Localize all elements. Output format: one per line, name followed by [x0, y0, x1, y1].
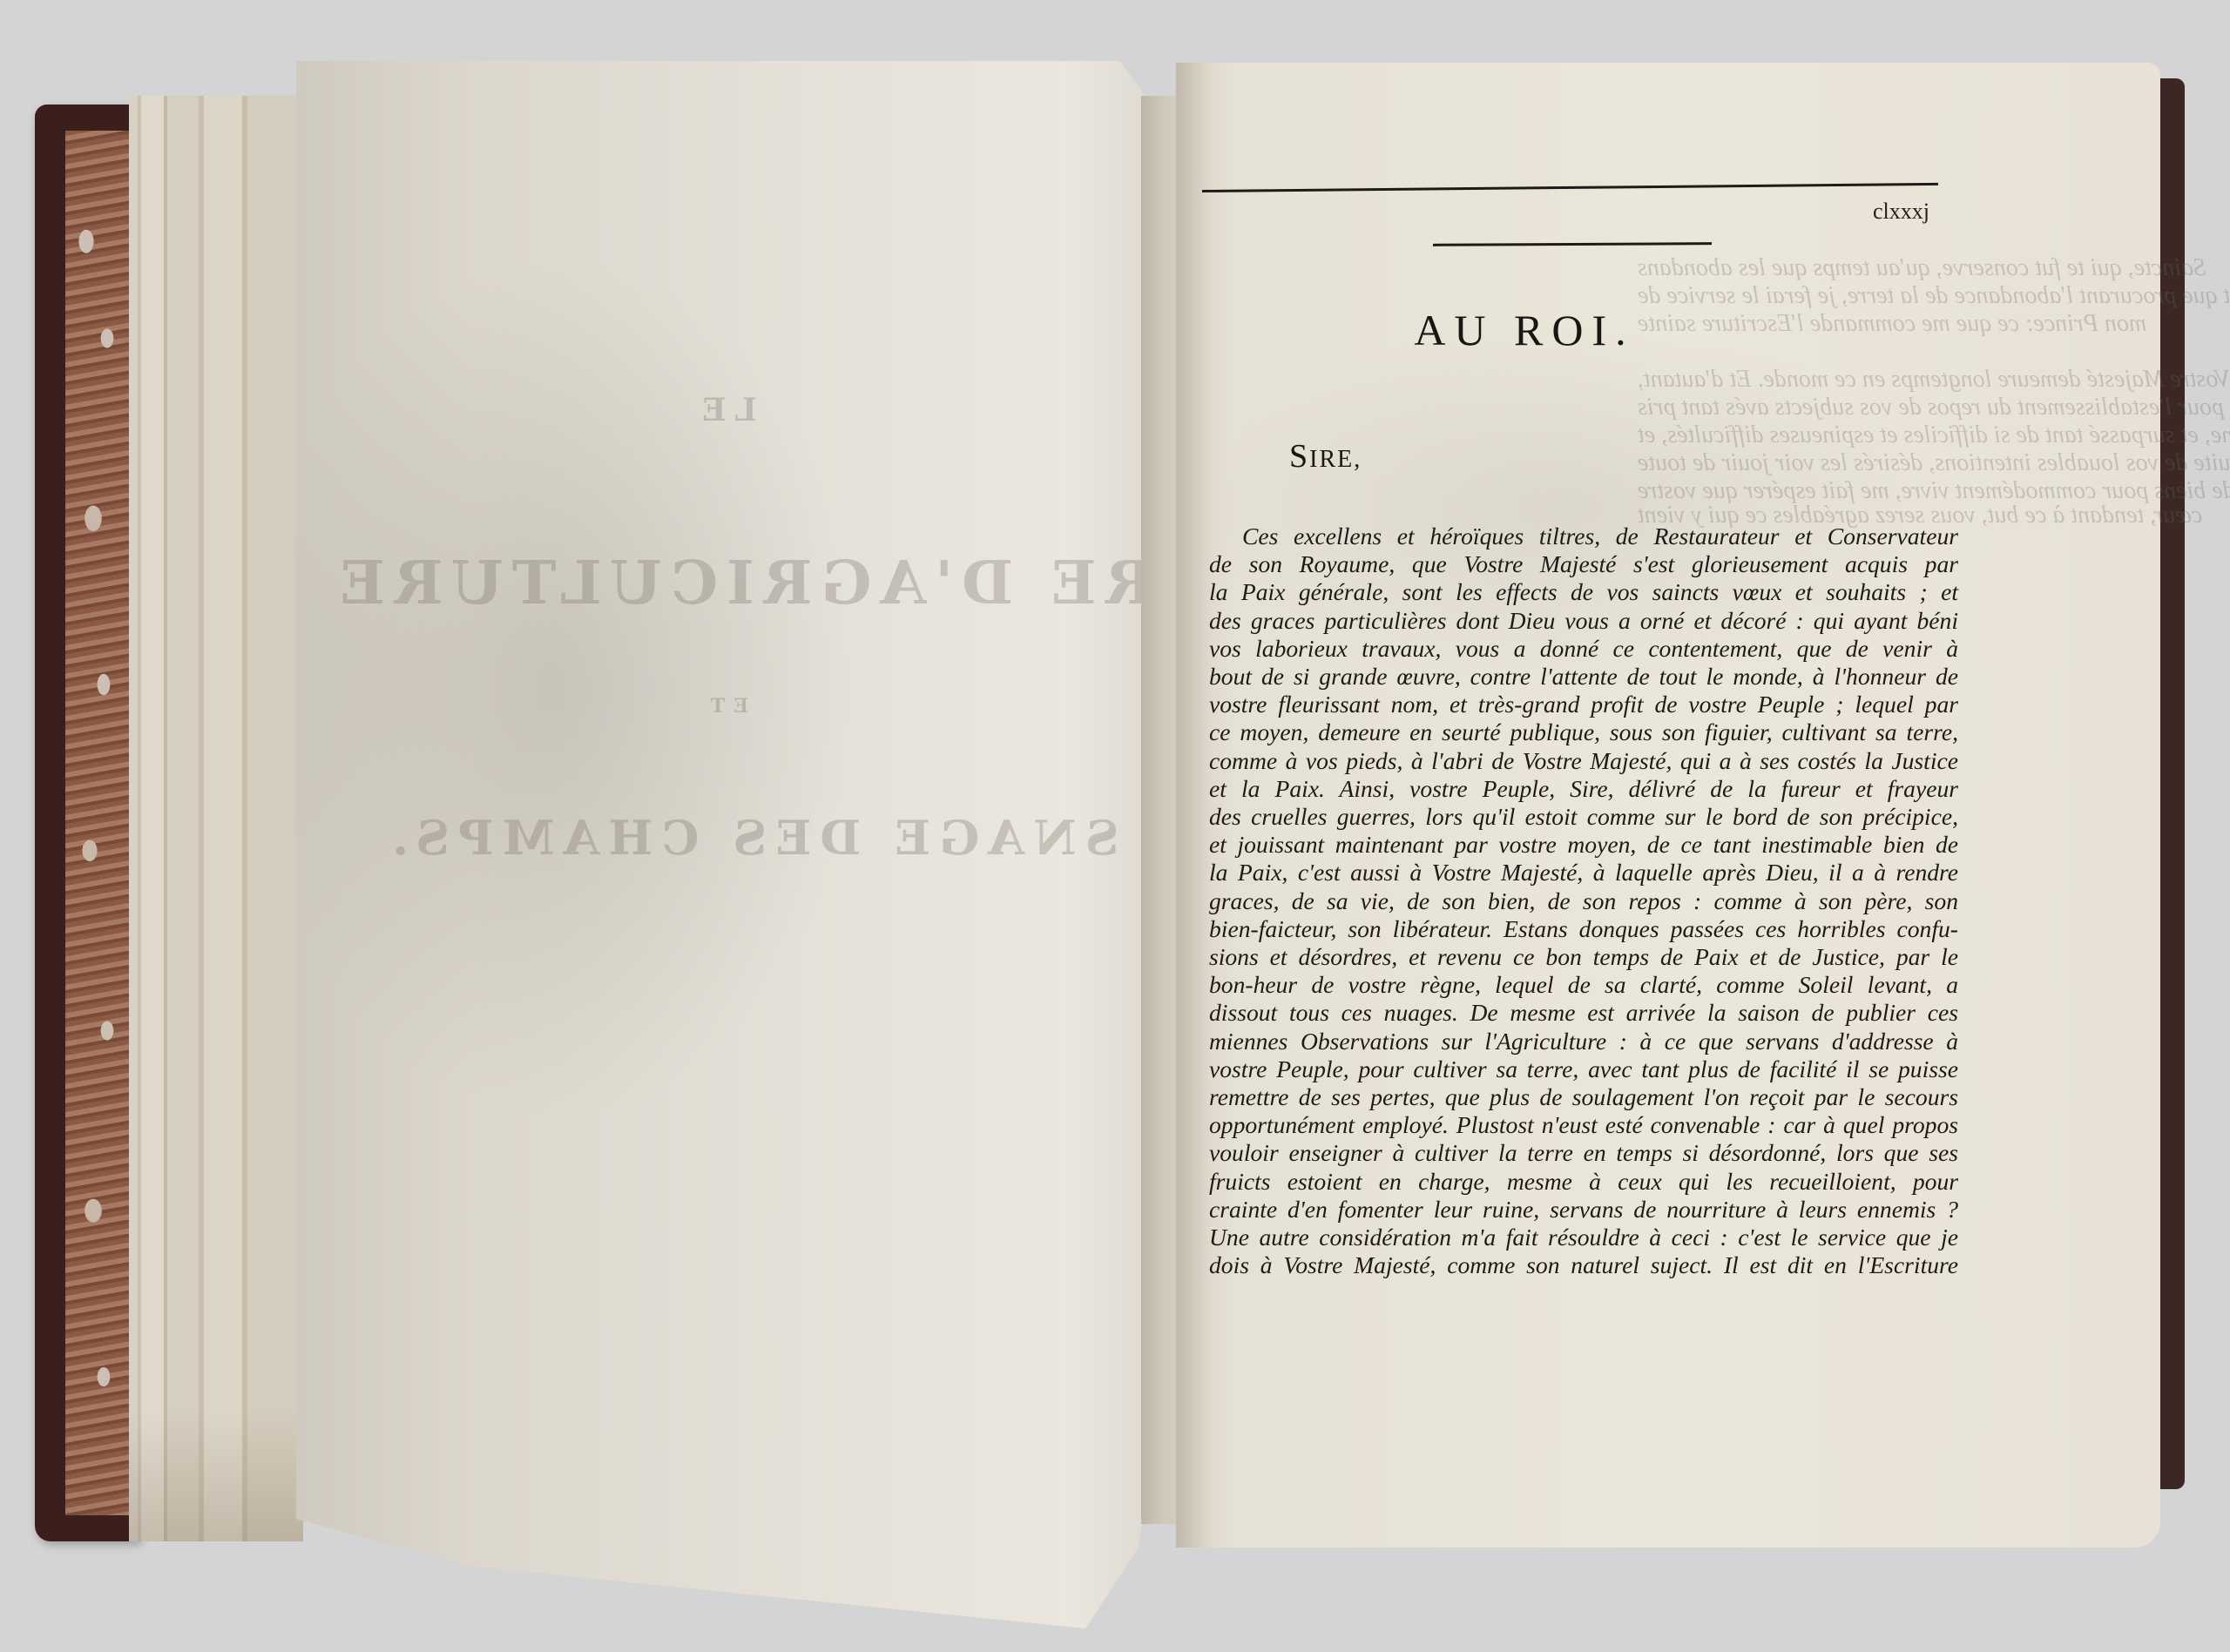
- body-line: la Paix, c'est aussi à Vostre Majesté, à…: [1209, 859, 1958, 887]
- show-through-line: peties, Vostre Majesté demeure longtemps…: [1638, 366, 2230, 394]
- show-through-le: LE: [296, 392, 1154, 428]
- gutter-shadow: [1176, 63, 1211, 1547]
- body-line: dissout tous ces nuages. De mesme est ar…: [1209, 999, 1958, 1027]
- salutation-initial: S: [1289, 438, 1309, 475]
- page-stack-shadow: [129, 1411, 303, 1541]
- body-line: graces, de sa vie, de son bien, de son r…: [1209, 887, 1958, 915]
- body-line: remettre de ses pertes, que plus de soul…: [1209, 1083, 1958, 1111]
- body-line: sions et désordres, et revenu ce bon tem…: [1209, 943, 1958, 971]
- body-line: Ces excellens et héroïques tiltres, de R…: [1209, 523, 1958, 550]
- body-line: de son Royaume, que Vostre Majesté s'est…: [1209, 550, 1958, 578]
- body-line: des cruelles guerres, lors qu'il estoit …: [1209, 803, 1958, 831]
- salutation: SIRE,: [1289, 437, 1362, 475]
- show-through-line: de peine, et surpassé tant de si diffici…: [1638, 421, 2230, 449]
- body-line: des graces particulières dont Dieu vous …: [1209, 607, 1958, 635]
- body-line: comme à vos pieds, à l'abri de Vostre Ma…: [1209, 747, 1958, 775]
- show-through-et: ET: [296, 695, 1154, 718]
- show-through-subtitle: SNAGE DES CHAMPS.: [244, 810, 1259, 866]
- body-line: et jouissant maintenant par vostre moyen…: [1209, 831, 1958, 859]
- show-through-line: dont s'ensuit que procurant l'abondance …: [1638, 282, 2230, 310]
- body-line: miennes Observations sur l'Agriculture :…: [1209, 1028, 1958, 1055]
- body-line: et la Paix. Ainsi, vostre Peuple, Sire, …: [1209, 775, 1958, 803]
- body-line: crainte d'en fomenter leur ruine, servan…: [1209, 1196, 1958, 1224]
- show-through-line: mon Prince: ce que me commande l'Escritu…: [1638, 310, 2146, 338]
- body-line: la Paix générale, sont les effects de vo…: [1209, 578, 1958, 606]
- show-through-line: qu'en suite de vos louables intentions, …: [1638, 449, 2230, 477]
- body-line: Une autre considération m'a fait résould…: [1209, 1224, 1958, 1251]
- body-line: bon-heur de vostre règne, lequel de sa c…: [1209, 971, 1958, 999]
- body-line: vos laborieux travaux, vous a donné ce c…: [1209, 635, 1958, 663]
- salutation-smallcaps: IRE,: [1309, 446, 1362, 473]
- body-line: vostre fleurissant nom, et très-grand pr…: [1209, 691, 1958, 718]
- body-line: dois à Vostre Majesté, comme son naturel…: [1209, 1251, 1958, 1279]
- dedication-body: Ces excellens et héroïques tiltres, de R…: [1209, 523, 1958, 1279]
- page-number: clxxxj: [1873, 199, 1929, 225]
- body-line: vostre Peuple, pour cultiver sa terre, a…: [1209, 1055, 1958, 1083]
- show-through-line: Sire, que pour l'establissement du repos…: [1638, 394, 2230, 421]
- body-line: opportunément employé. Plustost n'eust e…: [1209, 1111, 1958, 1139]
- marbled-endpaper: [65, 131, 135, 1515]
- left-page-verso: LE ATRE D'AGRICULTURE ET SNAGE DES CHAMP…: [296, 61, 1154, 1628]
- body-line: bout de si grande œuvre, contre l'attent…: [1209, 663, 1958, 691]
- page-heading: AU ROI.: [1341, 305, 1707, 355]
- body-line: bien-faicteur, son libérateur. Estans do…: [1209, 915, 1958, 943]
- body-line: ce moyen, demeure en seurté publique, so…: [1209, 718, 1958, 746]
- page-fore-edge-stack: [129, 96, 303, 1541]
- show-through-line: Saincte, qui te fut conserve, qu'au temp…: [1638, 254, 2206, 282]
- body-line: vouloir enseigner à cultiver la terre en…: [1209, 1139, 1958, 1167]
- body-line: fruicts estoient en charge, mesme à ceux…: [1209, 1168, 1958, 1196]
- open-book-photo: LE ATRE D'AGRICULTURE ET SNAGE DES CHAMP…: [0, 0, 2230, 1652]
